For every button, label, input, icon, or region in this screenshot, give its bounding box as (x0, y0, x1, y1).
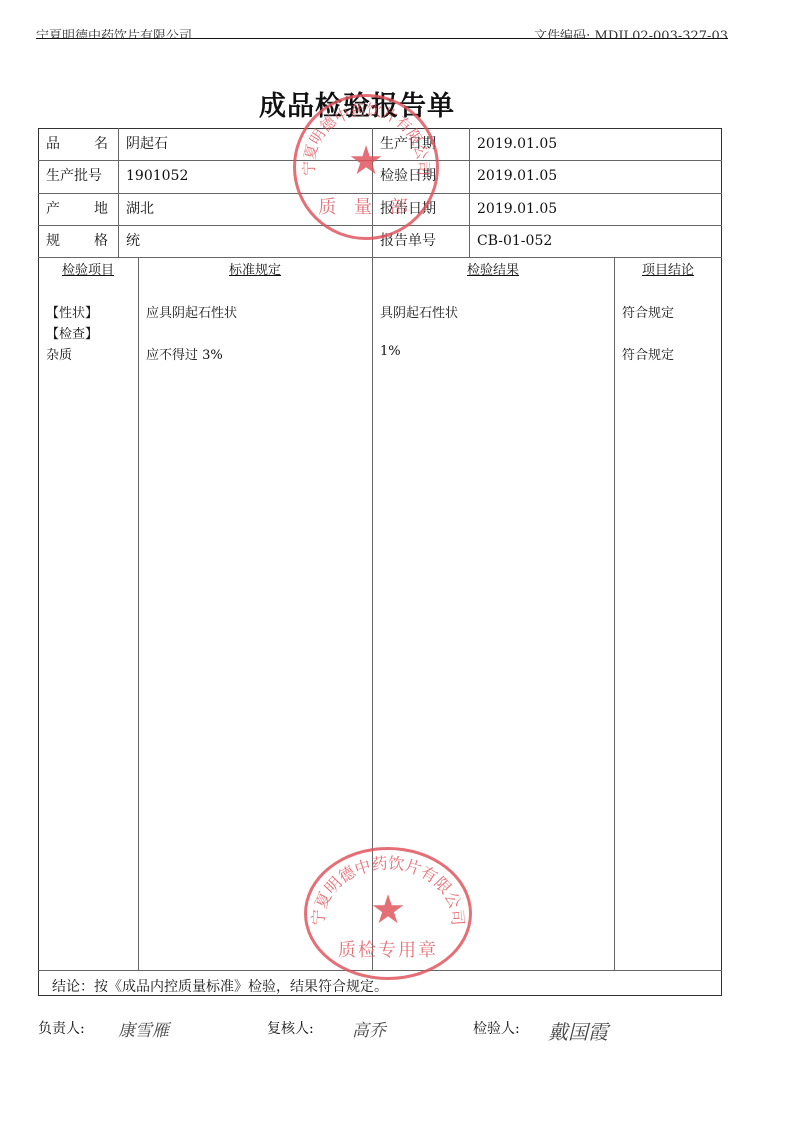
divider (118, 128, 119, 257)
info-label: 生产日期 (380, 128, 436, 160)
responsible-label: 负责人: (38, 1018, 85, 1038)
conclusion-text: 结论：按《成品内控质量标准》检验，结果符合规定。 (52, 976, 388, 996)
divider (38, 970, 722, 971)
info-value: 阴起石 (126, 128, 168, 160)
reviewer-signature: 高乔 (352, 1016, 386, 1041)
info-label: 报告单号 (380, 225, 436, 257)
item-item: 【性状】 (46, 302, 98, 321)
info-label: 报告日期 (380, 193, 436, 225)
col-header-item: 检验项目 (38, 259, 138, 278)
info-value: 1901052 (126, 160, 188, 192)
info-label: 规格 (46, 225, 108, 257)
item-result: 1% (380, 344, 401, 359)
info-label: 产地 (46, 193, 108, 225)
info-value: CB-01-052 (477, 225, 552, 257)
reviewer-label: 复核人: (267, 1018, 314, 1038)
info-value: 统 (126, 225, 140, 257)
item-item: 【检查】 (46, 323, 98, 342)
divider (38, 257, 722, 258)
inspector-label: 检验人: (473, 1018, 520, 1038)
info-value: 2019.01.05 (477, 193, 557, 225)
divider (469, 128, 470, 257)
info-label: 检验日期 (380, 160, 436, 192)
divider (614, 257, 615, 970)
info-label: 品名 (46, 128, 108, 160)
info-label: 生产批号 (46, 160, 108, 192)
divider (372, 128, 373, 257)
info-value: 2019.01.05 (477, 128, 557, 160)
page-header: 宁夏明德中药饮片有限公司 文件编码: MDJL02-003-327-03 (36, 0, 728, 39)
item-result: 具阴起石性状 (380, 302, 458, 321)
item-standard: 应具阴起石性状 (146, 302, 237, 321)
divider (372, 257, 373, 970)
item-conclusion: 符合规定 (622, 302, 674, 321)
item-conclusion: 符合规定 (622, 344, 674, 363)
divider (138, 257, 139, 970)
responsible-signature: 康雪雁 (118, 1016, 169, 1041)
item-standard: 应不得过 3% (146, 344, 223, 363)
report-title: 成品检验报告单 (0, 84, 714, 123)
item-item: 杂质 (46, 344, 72, 363)
col-header-conclusion: 项目结论 (614, 259, 722, 278)
info-value: 湖北 (126, 193, 154, 225)
inspector-signature: 戴国霞 (548, 1016, 608, 1045)
col-header-standard: 标准规定 (138, 259, 372, 278)
info-value: 2019.01.05 (477, 160, 557, 192)
company-name: 宁夏明德中药饮片有限公司 (36, 30, 192, 39)
document-code: 文件编码: MDJL02-003-327-03 (534, 30, 728, 39)
col-header-result: 检验结果 (372, 259, 614, 278)
